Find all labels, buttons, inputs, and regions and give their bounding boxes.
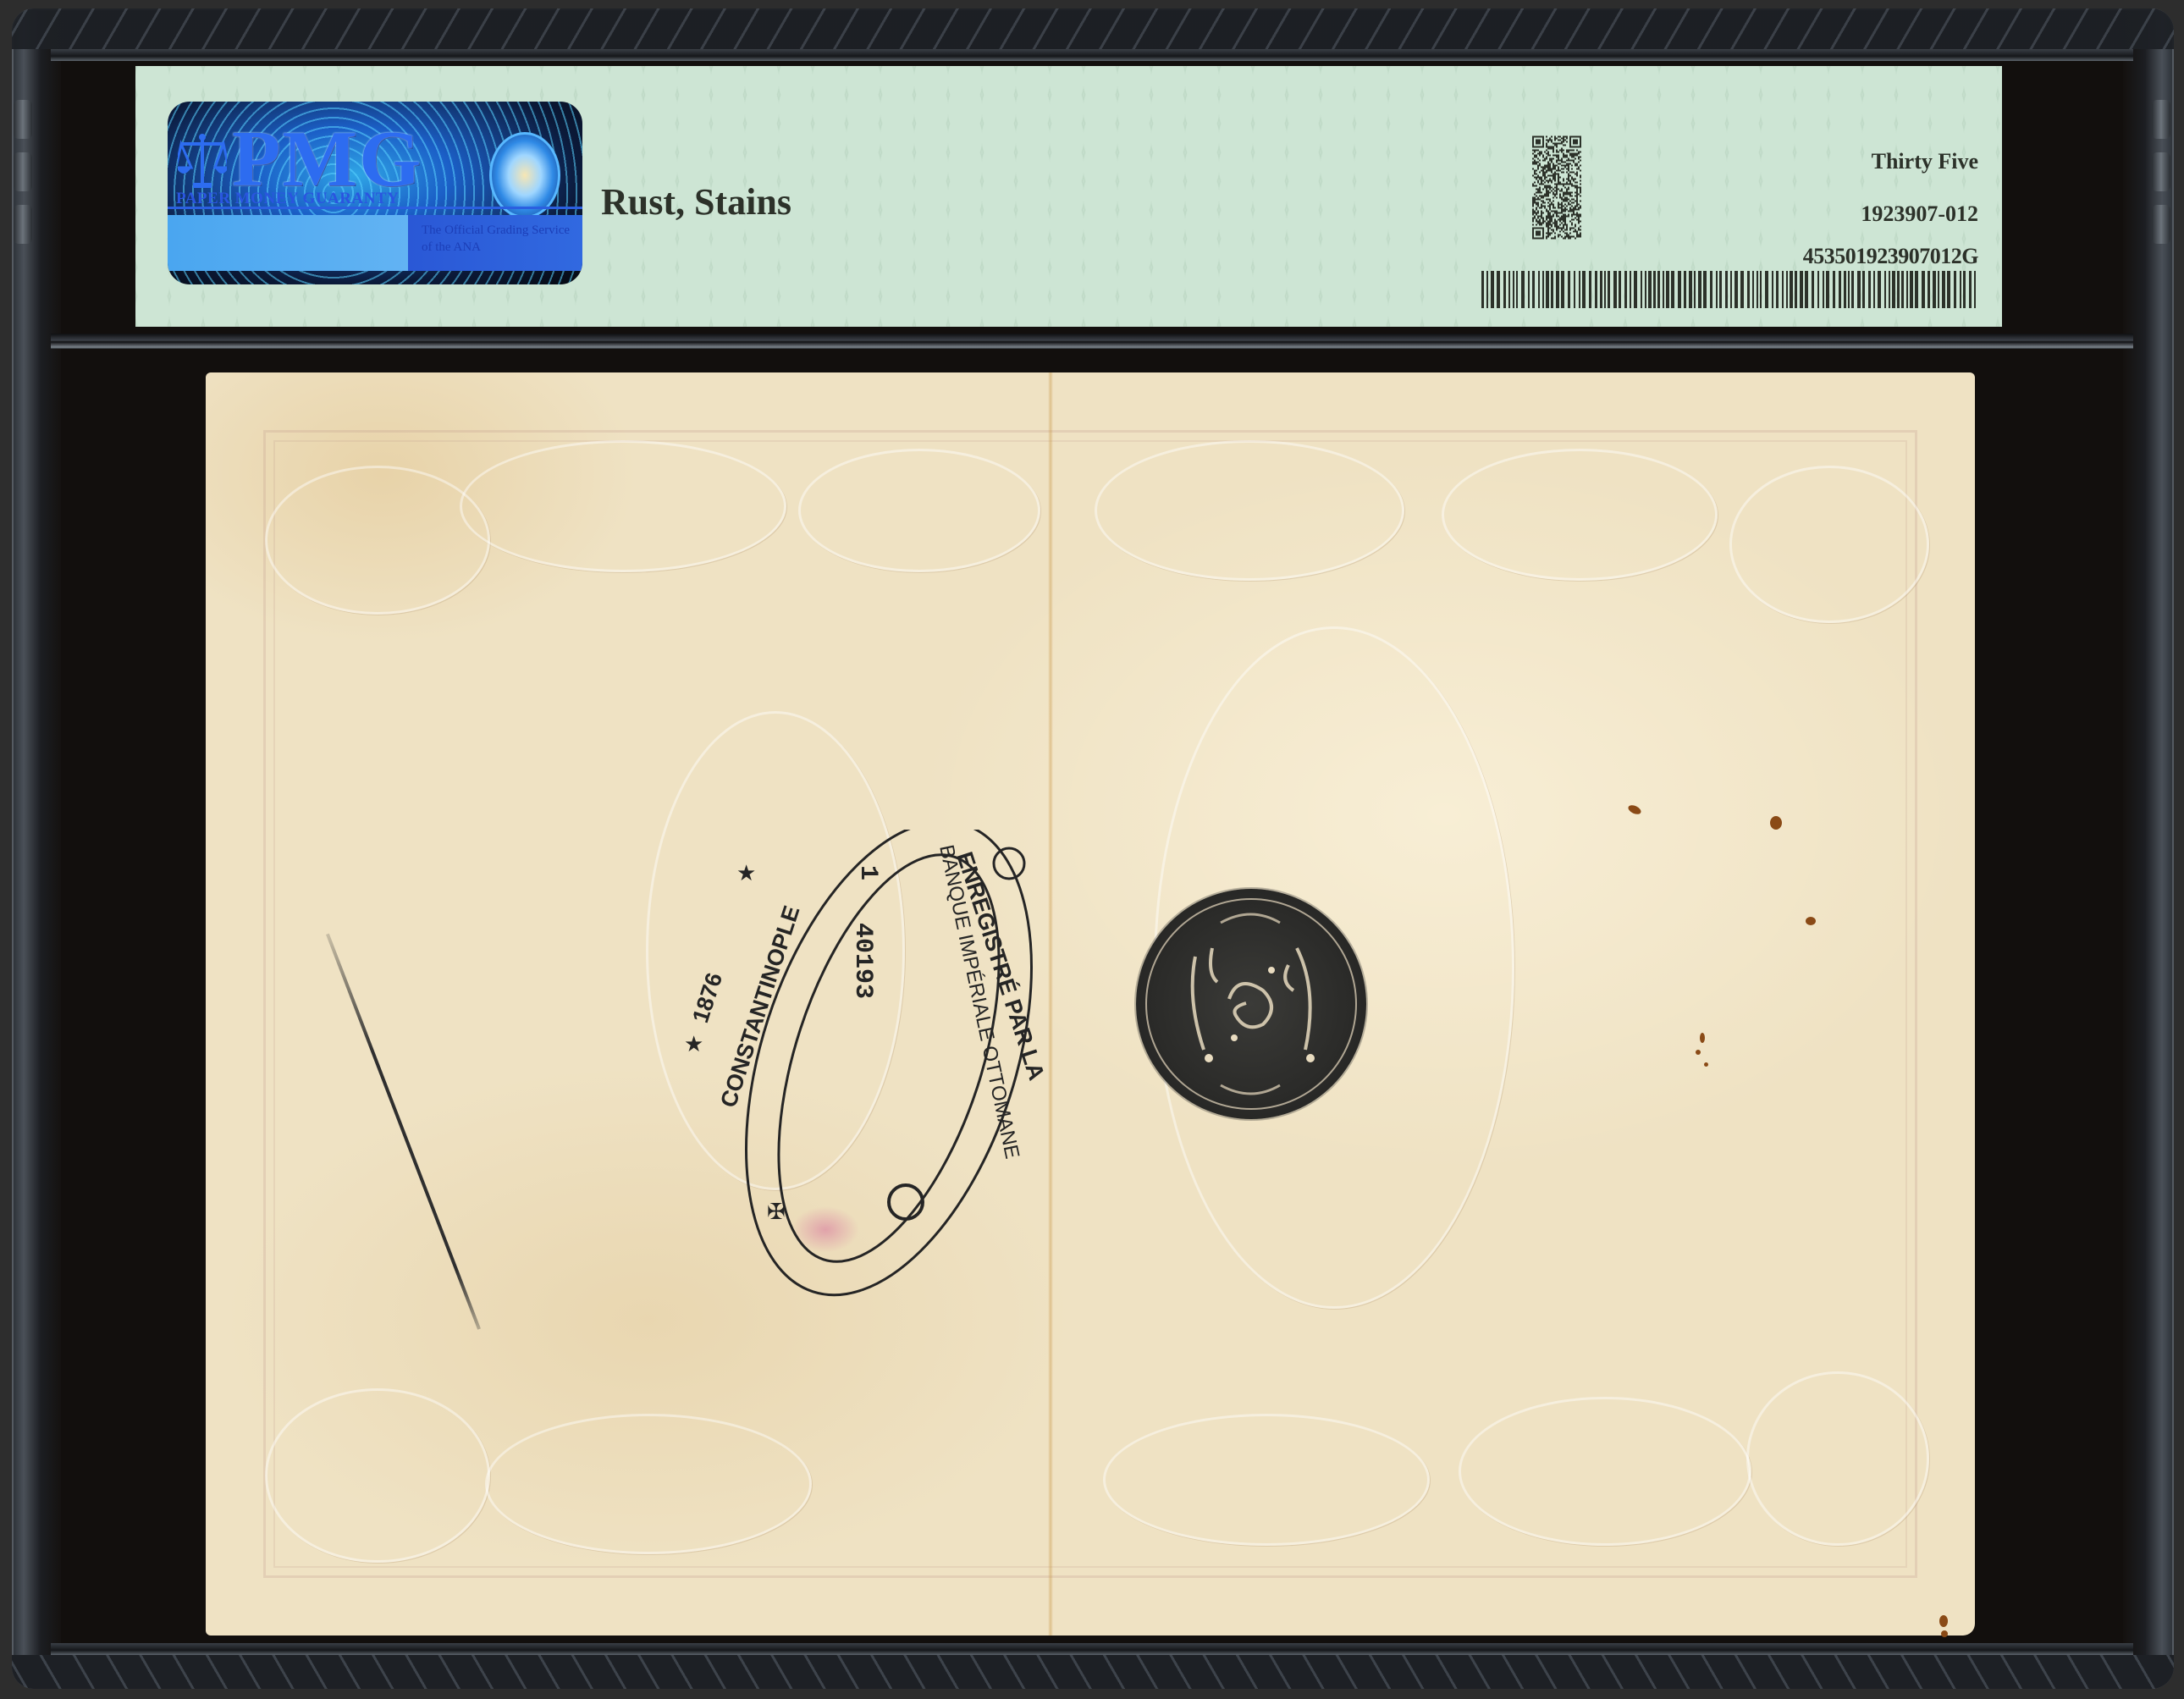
hologram-seal-icon <box>489 132 560 218</box>
stamp-city-text: CONSTANTINOPLE <box>715 902 804 1111</box>
stamp-year: 1876 <box>687 969 727 1025</box>
embossed-ornament <box>265 466 490 615</box>
embossed-ornament <box>1746 1371 1929 1546</box>
holder-edge-notch <box>14 205 32 244</box>
embossed-ornament <box>485 1414 812 1554</box>
pmg-tagline: PAPER MONEY GUARANTY <box>176 190 399 208</box>
holder-bottom-rail <box>51 1643 2133 1655</box>
rust-stain <box>1770 816 1782 830</box>
embossed-ornament <box>1729 466 1929 623</box>
scales-of-justice-icon <box>178 132 227 191</box>
holder-top-edge <box>12 8 2174 49</box>
holder-edge-notch <box>14 100 32 139</box>
embossed-ornament <box>1459 1397 1751 1546</box>
qr-code-icon <box>1532 135 1581 240</box>
holder-edge-notch <box>2152 205 2170 244</box>
registration-stamp: ENREGISTRÉ PAR LA BANQUE IMPÉRIALE OTTOM… <box>660 830 1117 1304</box>
label-comments: Rust, Stains <box>601 180 791 223</box>
holder-top-rail <box>51 49 2133 61</box>
rosette-icon <box>889 1185 923 1219</box>
pmg-hologram: PMG PAPER MONEY GUARANTY The Official Gr… <box>168 102 582 284</box>
rust-stain <box>1700 1033 1705 1043</box>
ottoman-tughra-seal-icon <box>1136 889 1366 1119</box>
pmg-subline: The Official Grading Service of the ANA <box>422 222 574 256</box>
rust-stain <box>1704 1062 1708 1067</box>
rust-stain <box>1941 1630 1948 1637</box>
embossed-ornament <box>1442 449 1718 581</box>
cross-ornament-icon: ✠ <box>767 1200 786 1224</box>
embossed-ornament <box>1095 440 1404 581</box>
embossed-ornament <box>460 440 786 572</box>
stamp-serial-number: 40193 <box>848 923 877 999</box>
holder-edge-notch <box>14 152 32 191</box>
rust-stain <box>1806 917 1816 925</box>
holder-edge-notch <box>2152 152 2170 191</box>
stamp-serial-prefix: 1 <box>853 865 882 880</box>
embossed-ornament <box>265 1388 490 1563</box>
barcode <box>1481 271 1978 308</box>
holder-edge-notch <box>2152 100 2170 139</box>
embossed-ornament <box>1103 1414 1430 1546</box>
grade-text: Thirty Five <box>1872 149 1978 174</box>
star-icon: ★ <box>736 861 756 885</box>
star-icon: ★ <box>684 1032 703 1056</box>
embossed-ornament <box>798 449 1040 572</box>
rust-stain <box>1939 1615 1948 1627</box>
cert-number: 1923907-012 <box>1861 201 1978 227</box>
holder-bottom-edge <box>12 1655 2174 1689</box>
holder-divider <box>51 334 2133 349</box>
barcode-number: 453501923907012G <box>1803 244 1978 269</box>
rust-stain <box>1696 1050 1701 1055</box>
